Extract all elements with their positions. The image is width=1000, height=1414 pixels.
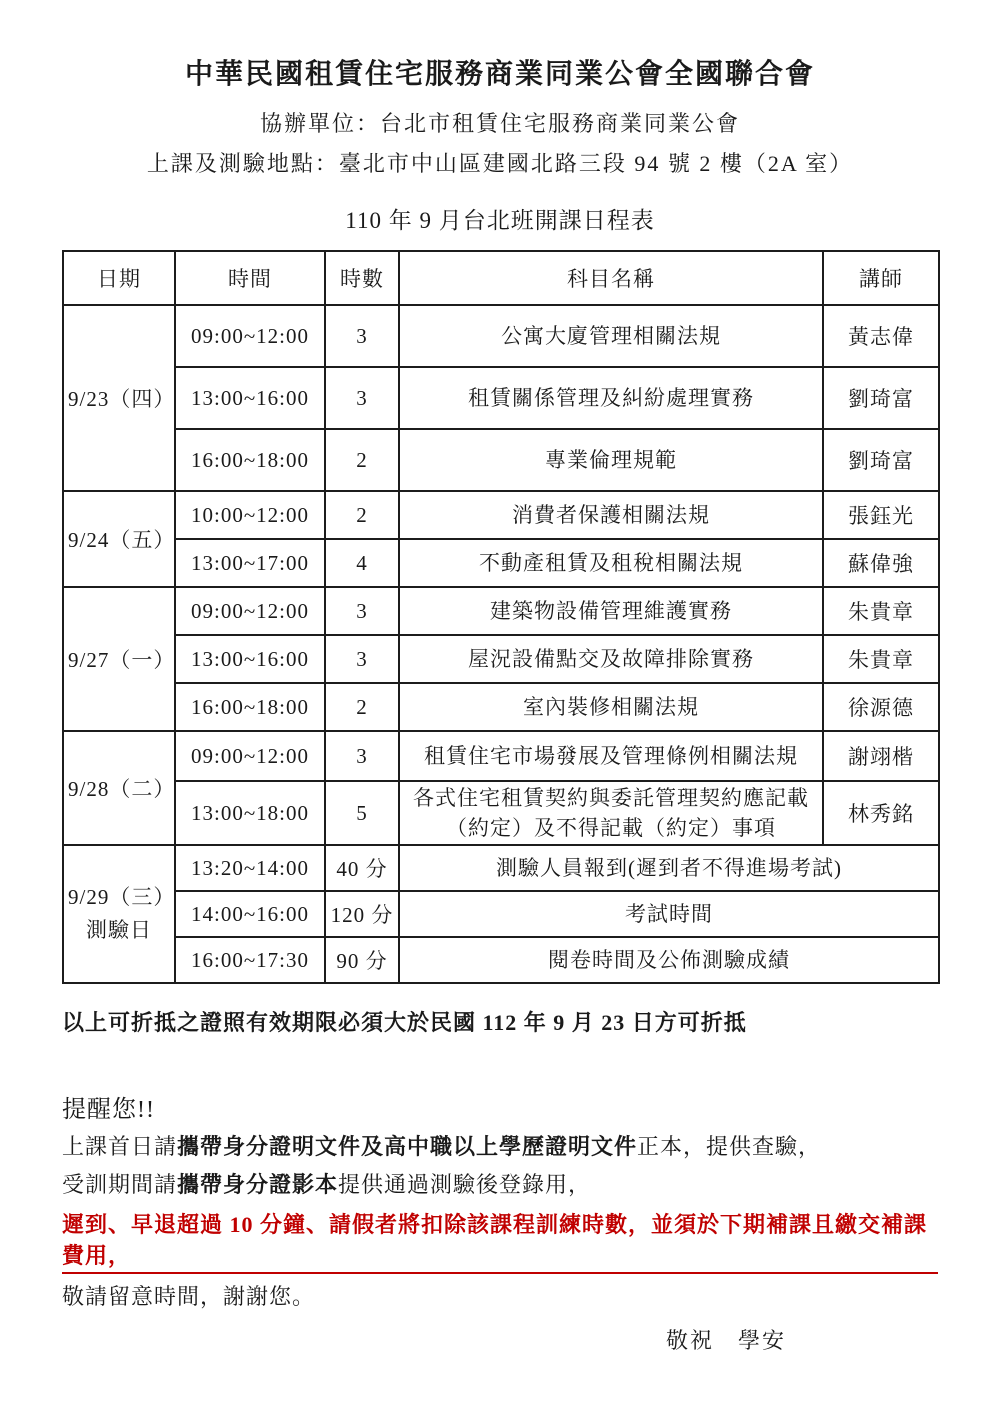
subject-cell: 消費者保護相關法規 [399,491,823,539]
exam-day-label: 測驗日 [68,914,170,947]
time-cell: 13:00~16:00 [175,367,325,429]
hours-cell: 120 分 [325,891,399,937]
time-cell: 10:00~12:00 [175,491,325,539]
date-cell: 9/29（三） 測驗日 [63,845,175,983]
reminder-line-documents: 上課首日請攜帶身分證明文件及高中職以上學歷證明文件正本，提供查驗， [62,1133,938,1162]
hours-cell: 3 [325,305,399,367]
time-cell: 13:00~18:00 [175,781,325,845]
hours-cell: 5 [325,781,399,845]
hours-cell: 3 [325,731,399,781]
subject-cell: 租賃關係管理及糾紛處理實務 [399,367,823,429]
instructor-cell: 朱貴章 [823,587,939,635]
subject-cell: 測驗人員報到(遲到者不得進場考試) [399,845,939,891]
time-cell: 13:00~17:00 [175,539,325,587]
document-page: 中華民國租賃住宅服務商業同業公會全國聯合會 協辦單位：台北市租賃住宅服務商業同業… [62,52,938,1355]
hours-cell: 2 [325,491,399,539]
table-row: 16:00~18:00 2 室內裝修相關法規 徐源德 [63,683,939,731]
instructor-cell: 黃志偉 [823,305,939,367]
subject-cell: 租賃住宅市場發展及管理條例相關法規 [399,731,823,781]
line1-pre: 上課首日請 [62,1134,177,1159]
line2-pre: 受訓期間請 [62,1172,177,1197]
schedule-title: 110 年 9 月台北班開課日程表 [0,202,1000,235]
table-row: 14:00~16:00 120 分 考試時間 [63,891,939,937]
warning-red-text: 遲到、早退超過 10 分鐘、請假者將扣除該課程訓練時數，並須於下期補課且繳交補課… [62,1208,938,1274]
subject-cell: 專業倫理規範 [399,429,823,491]
col-header-time: 時間 [175,251,325,305]
table-row: 9/24（五） 10:00~12:00 2 消費者保護相關法規 張鈺光 [63,491,939,539]
subject-cell: 不動產租賃及租稅相關法規 [399,539,823,587]
line1-post: 正本，提供查驗， [637,1134,821,1159]
time-cell: 09:00~12:00 [175,587,325,635]
date-cell: 9/28（二） [63,731,175,845]
table-header-row: 日期 時間 時數 科目名稱 講師 [63,251,939,305]
instructor-cell: 蘇偉強 [823,539,939,587]
subject-cell: 公寓大廈管理相關法規 [399,305,823,367]
table-row: 9/29（三） 測驗日 13:20~14:00 40 分 測驗人員報到(遲到者不… [63,845,939,891]
hours-cell: 90 分 [325,937,399,983]
line2-bold: 攜帶身分證影本 [177,1172,338,1197]
time-cell: 13:20~14:00 [175,845,325,891]
line1-bold: 攜帶身分證明文件及高中職以上學歷證明文件 [177,1134,637,1159]
table-row: 13:00~17:00 4 不動產租賃及租稅相關法規 蘇偉強 [63,539,939,587]
subject-cell: 考試時間 [399,891,939,937]
table-row: 9/28（二） 09:00~12:00 3 租賃住宅市場發展及管理條例相關法規 … [63,731,939,781]
col-header-instructor: 講師 [823,251,939,305]
time-cell: 16:00~18:00 [175,429,325,491]
subject-cell: 閱卷時間及公佈測驗成績 [399,937,939,983]
reminder-line-closing: 敬請留意時間，謝謝您。 [62,1283,938,1312]
subject-cell: 建築物設備管理維護實務 [399,587,823,635]
late-penalty-warning: 遲到、早退超過 10 分鐘、請假者將扣除該課程訓練時數，並須於下期補課且繳交補課… [62,1208,938,1274]
instructor-cell: 張鈺光 [823,491,939,539]
instructor-cell: 劉琦富 [823,367,939,429]
table-row: 13:00~16:00 3 屋況設備點交及故障排除實務 朱貴章 [63,635,939,683]
subject-cell: 屋況設備點交及故障排除實務 [399,635,823,683]
time-cell: 13:00~16:00 [175,635,325,683]
table-row: 16:00~17:30 90 分 閱卷時間及公佈測驗成績 [63,937,939,983]
hours-cell: 2 [325,429,399,491]
time-cell: 16:00~18:00 [175,683,325,731]
subject-cell: 各式住宅租賃契約與委託管理契約應記載（約定）及不得記載（約定）事項 [399,781,823,845]
hours-cell: 3 [325,587,399,635]
subject-cell: 室內裝修相關法規 [399,683,823,731]
reminder-title: 提醒您!! [62,1089,938,1124]
time-cell: 09:00~12:00 [175,731,325,781]
time-cell: 16:00~17:30 [175,937,325,983]
closing-regards: 敬祝 學安 [62,1324,938,1355]
date-cell: 9/23（四） [63,305,175,491]
table-row: 9/23（四） 09:00~12:00 3 公寓大廈管理相關法規 黃志偉 [63,305,939,367]
time-cell: 14:00~16:00 [175,891,325,937]
instructor-cell: 謝翊楷 [823,731,939,781]
line2-post: 提供通過測驗後登錄用， [338,1172,591,1197]
location-line: 上課及測驗地點：臺北市中山區建國北路三段 94 號 2 樓（2A 室） [0,147,1000,178]
hours-cell: 3 [325,367,399,429]
hours-cell: 4 [325,539,399,587]
co-organizer-line: 協辦單位：台北市租賃住宅服務商業同業公會 [0,107,1000,138]
date-cell: 9/24（五） [63,491,175,587]
table-row: 9/27（一） 09:00~12:00 3 建築物設備管理維護實務 朱貴章 [63,587,939,635]
table-row: 16:00~18:00 2 專業倫理規範 劉琦富 [63,429,939,491]
instructor-cell: 林秀銘 [823,781,939,845]
instructor-cell: 劉琦富 [823,429,939,491]
page-title: 中華民國租賃住宅服務商業同業公會全國聯合會 [0,52,1000,92]
table-row: 13:00~16:00 3 租賃關係管理及糾紛處理實務 劉琦富 [63,367,939,429]
instructor-cell: 朱貴章 [823,635,939,683]
time-cell: 09:00~12:00 [175,305,325,367]
col-header-date: 日期 [63,251,175,305]
credit-validity-note: 以上可折抵之證照有效期限必須大於民國 112 年 9 月 23 日方可折抵 [62,1006,938,1037]
date-cell: 9/27（一） [63,587,175,731]
exam-date-line: 9/29（三） [68,881,170,914]
col-header-subject: 科目名稱 [399,251,823,305]
hours-cell: 40 分 [325,845,399,891]
hours-cell: 2 [325,683,399,731]
reminder-line-id-copy: 受訓期間請攜帶身分證影本提供通過測驗後登錄用， [62,1171,938,1200]
schedule-table: 日期 時間 時數 科目名稱 講師 9/23（四） 09:00~12:00 3 公… [62,250,940,984]
instructor-cell: 徐源德 [823,683,939,731]
hours-cell: 3 [325,635,399,683]
table-row: 13:00~18:00 5 各式住宅租賃契約與委託管理契約應記載（約定）及不得記… [63,781,939,845]
col-header-hours: 時數 [325,251,399,305]
